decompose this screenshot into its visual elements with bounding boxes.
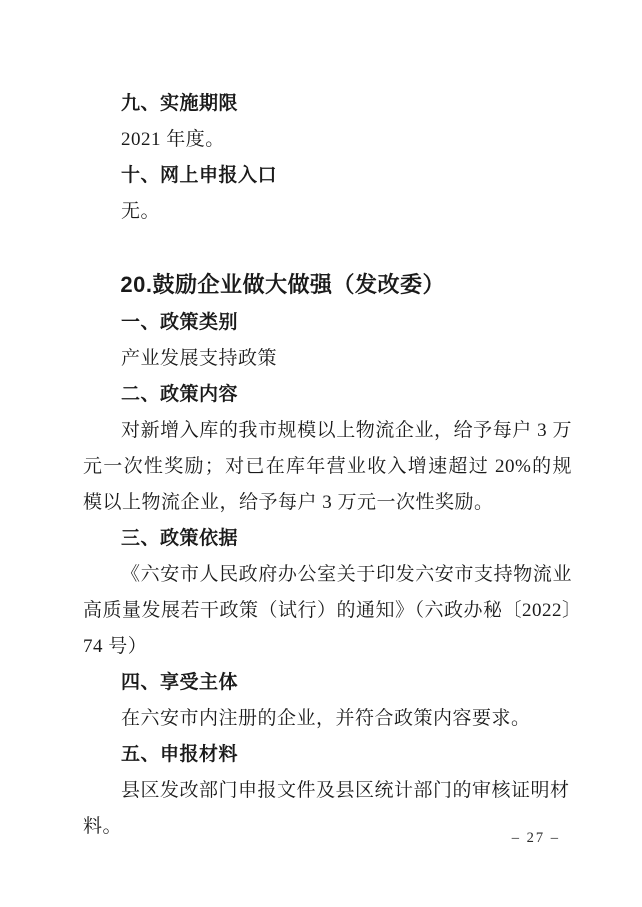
policy-title: 20.鼓励企业做大做强（发改委） [83, 265, 572, 305]
body-text-year: 2021 年度。 [83, 122, 572, 158]
section-heading-policy-category: 一、政策类别 [83, 305, 572, 341]
section-heading-policy-content: 二、政策内容 [83, 377, 572, 413]
body-text-beneficiaries: 在六安市内注册的企业，并符合政策内容要求。 [83, 701, 572, 737]
paragraph-policy-content: 对新增入库的我市规模以上物流企业，给予每户 3 万元一次性奖励；对已在库年营业收… [83, 413, 572, 521]
section-heading-policy-basis: 三、政策依据 [83, 521, 572, 557]
body-text-application-materials: 县区发改部门申报文件及县区统计部门的审核证明材料。 [83, 773, 572, 845]
section-heading-application-materials: 五、申报材料 [83, 737, 572, 773]
body-text-policy-category: 产业发展支持政策 [83, 341, 572, 377]
section-heading-online-application: 十、网上申报入口 [83, 158, 572, 194]
body-text-none: 无。 [83, 194, 572, 230]
paragraph-policy-basis: 《六安市人民政府办公室关于印发六安市支持物流业高质量发展若干政策（试行）的通知》… [83, 557, 572, 665]
document-page: 九、实施期限 2021 年度。 十、网上申报入口 无。 20.鼓励企业做大做强（… [0, 0, 642, 907]
section-heading-implementation-period: 九、实施期限 [83, 86, 572, 122]
section-heading-beneficiaries: 四、享受主体 [83, 665, 572, 701]
document-content: 九、实施期限 2021 年度。 十、网上申报入口 无。 20.鼓励企业做大做强（… [83, 86, 572, 845]
page-number: – 27 – [512, 828, 560, 848]
